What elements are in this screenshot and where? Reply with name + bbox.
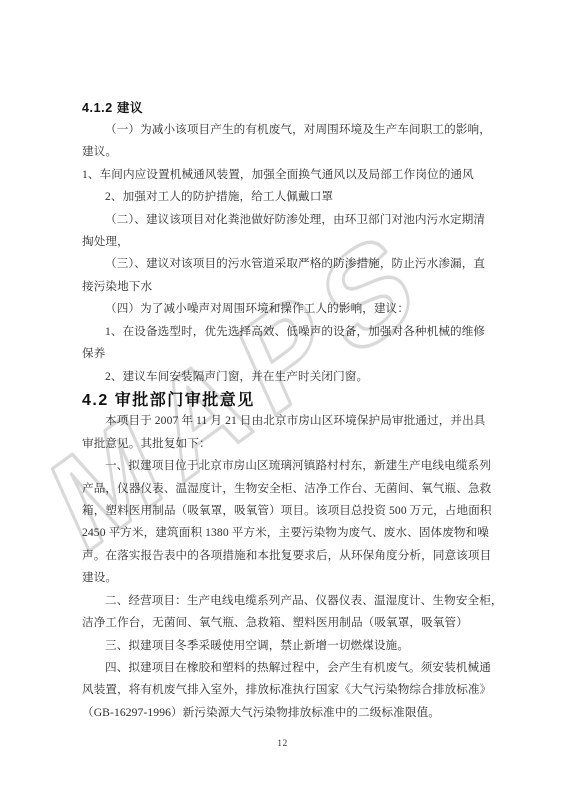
- text-line: （GB-16297-1996）新污染源大气污染物排放标准中的二级标准限值。: [82, 705, 440, 720]
- text-line: 箱，塑料医用制品（吸氧罩，吸氧管）项目。该项目总投资 500 万元，占地面积: [82, 503, 492, 518]
- text-line: 保养: [82, 346, 105, 361]
- text-line: 掏处理，: [82, 234, 129, 249]
- text-line: 2、建议车间安装隔声门窗，并在生产时关闭门窗。: [105, 369, 368, 384]
- text-line: 产品，仪器仪表、温湿度计，生物安全柜、洁净工作台、无菌间、氧气瓶、急救: [82, 481, 491, 496]
- text-line: （一）为减小该项目产生的有机废气，对周围环境及生产车间职工的影响，: [105, 122, 491, 137]
- text-line: 洁净工作台，无菌间、氧气瓶、急救箱、塑料医用制品（吸氧罩，吸氧管）: [82, 615, 468, 630]
- text-line: 审批意见。其批复如下：: [82, 436, 211, 451]
- text-line: （四）为了减小噪声对周围环境和操作工人的影响，建议：: [105, 301, 409, 316]
- text-line: 建议。: [82, 144, 117, 159]
- text-line: 一、拟建项目位于北京市房山区琉璃河镇路村村东，新建生产电线电缆系列: [105, 458, 491, 473]
- text-line: 建设。: [82, 570, 117, 585]
- text-line: 风装置，将有机废气排入室外，排放标准执行国家《大气污染物综合排放标准》: [82, 682, 491, 697]
- text-line: 声。在落实报告表中的各项措施和本批复要求后，从环保角度分析，同意该项目: [82, 548, 491, 563]
- text-line: 2、加强对工人的防护措施，给工人佩戴口罩: [105, 189, 333, 204]
- text-line: 四、拟建项目在橡胶和塑料的热解过程中，会产生有机废气。须安装机械通: [105, 660, 491, 675]
- text-line: 2450 平方米，建筑面积 1380 平方米，主要污染物为废气、废水、固体废物和…: [82, 525, 489, 540]
- text-layer: 4.1.2 建议（一）为减小该项目产生的有机废气，对周围环境及生产车间职工的影响…: [0, 0, 565, 800]
- text-line: 1、车间内应设置机械通风装置，加强全面换气通风以及局部工作岗位的通风: [82, 167, 474, 182]
- text-line: 三、拟建项目冬季采暖使用空调，禁止新增一切燃煤设施。: [105, 638, 409, 653]
- document-page: MAPS 4.1.2 建议（一）为减小该项目产生的有机废气，对周围环境及生产车间…: [0, 0, 565, 800]
- text-line: （三）、建议对该项目的污水管道采取严格的防渗措施，防止污水渗漏，直: [105, 256, 485, 271]
- text-line: （二）、建议该项目对化粪池做好防渗处理，由环卫部门对池内污水定期清: [105, 212, 485, 227]
- text-line: 二、经营项目：生产电线电缆系列产品、仪器仪表、温湿度计、生物安全柜，: [105, 593, 503, 608]
- text-line: 本项目于 2007 年 11 月 21 日由北京市房山区环境保护局审批通过，并出…: [105, 413, 485, 428]
- text-line: 接污染地下水: [82, 279, 152, 294]
- section-heading: 4.2 审批部门审批意见: [82, 391, 255, 412]
- section-heading: 4.1.2 建议: [82, 100, 143, 116]
- page-number: 12: [0, 739, 565, 749]
- text-line: 1、在设备选型时，优先选择高效、低噪声的设备，加强对各种机械的维修: [105, 324, 485, 339]
